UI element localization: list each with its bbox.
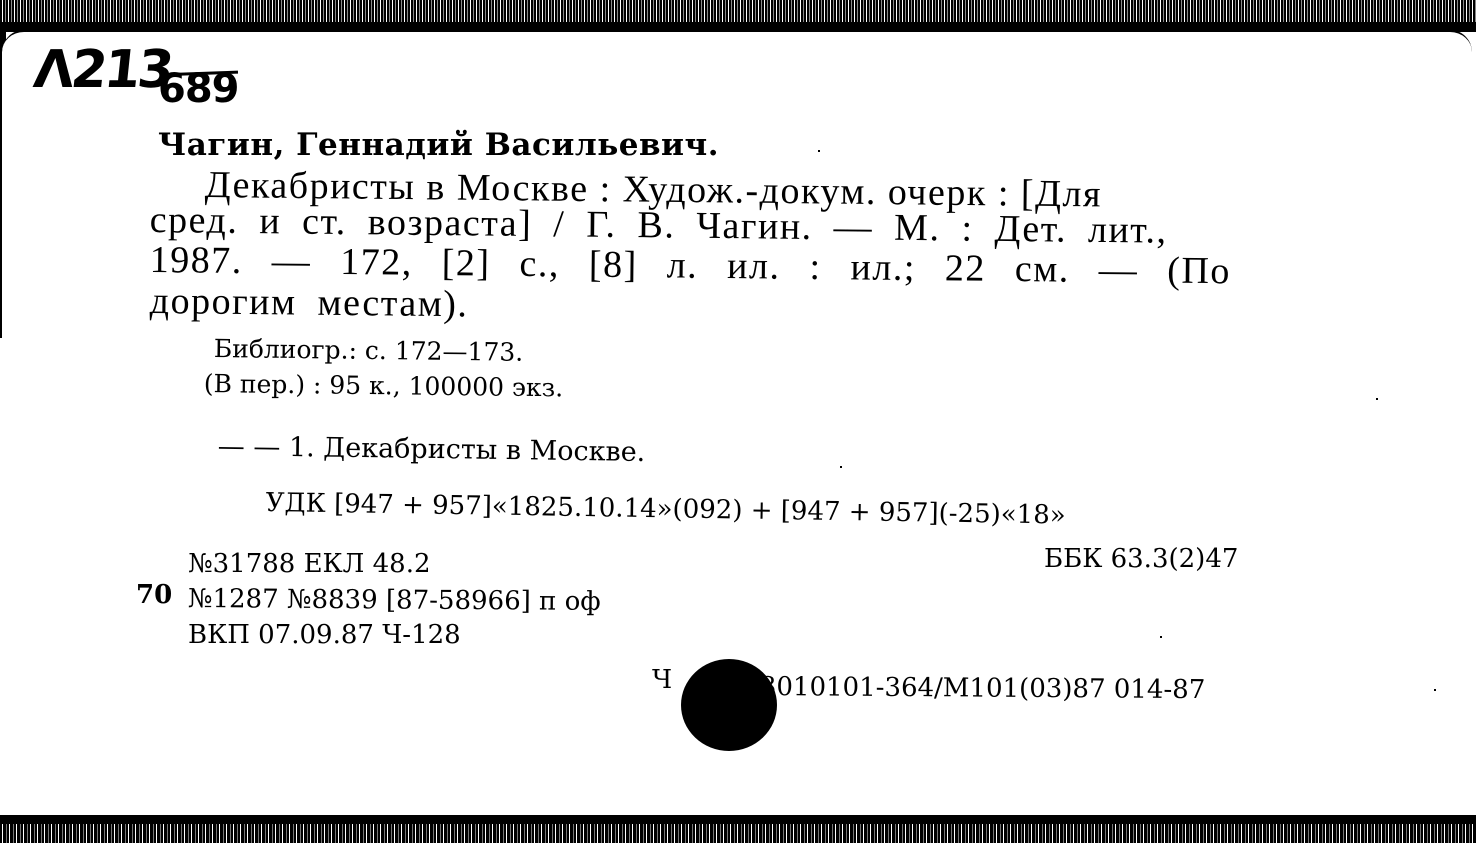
scan-border-top <box>0 0 1476 32</box>
author-heading: Чагин, Геннадий Васильевич. <box>158 127 719 163</box>
meta-line: ВКП 07.09.87 Ч-128 <box>188 620 461 650</box>
description-line: дорогим местам). <box>150 279 469 326</box>
punch-hole <box>681 659 777 751</box>
scan-speck <box>1434 689 1436 691</box>
isbn-prefix: Ч <box>652 665 672 695</box>
isbn-code: 3010101-364/М101(03)87 014-87 <box>760 672 1206 705</box>
scan-border-bottom <box>0 815 1476 843</box>
bibliography-note: Библиогр.: с. 172—173. <box>214 334 524 367</box>
bbk-classification: ББК 63.3(2)47 <box>1044 544 1238 574</box>
scan-speck <box>1376 398 1378 400</box>
subject-tracing: — — 1. Декабристы в Москве. <box>218 431 646 468</box>
meta-prefix: 70 <box>136 580 172 610</box>
scan-speck <box>1160 636 1162 638</box>
meta-line: №1287 №8839 [87-58966] п оф <box>188 584 601 617</box>
scan-speck <box>840 466 842 468</box>
shelf-number: 689 <box>158 66 239 112</box>
price-note: (В пер.) : 95 к., 100000 экз. <box>204 369 564 402</box>
shelf-mark: Λ213 <box>31 40 174 100</box>
meta-line: №31788 ЕКЛ 48.2 <box>188 549 431 579</box>
scan-speck <box>818 150 820 152</box>
